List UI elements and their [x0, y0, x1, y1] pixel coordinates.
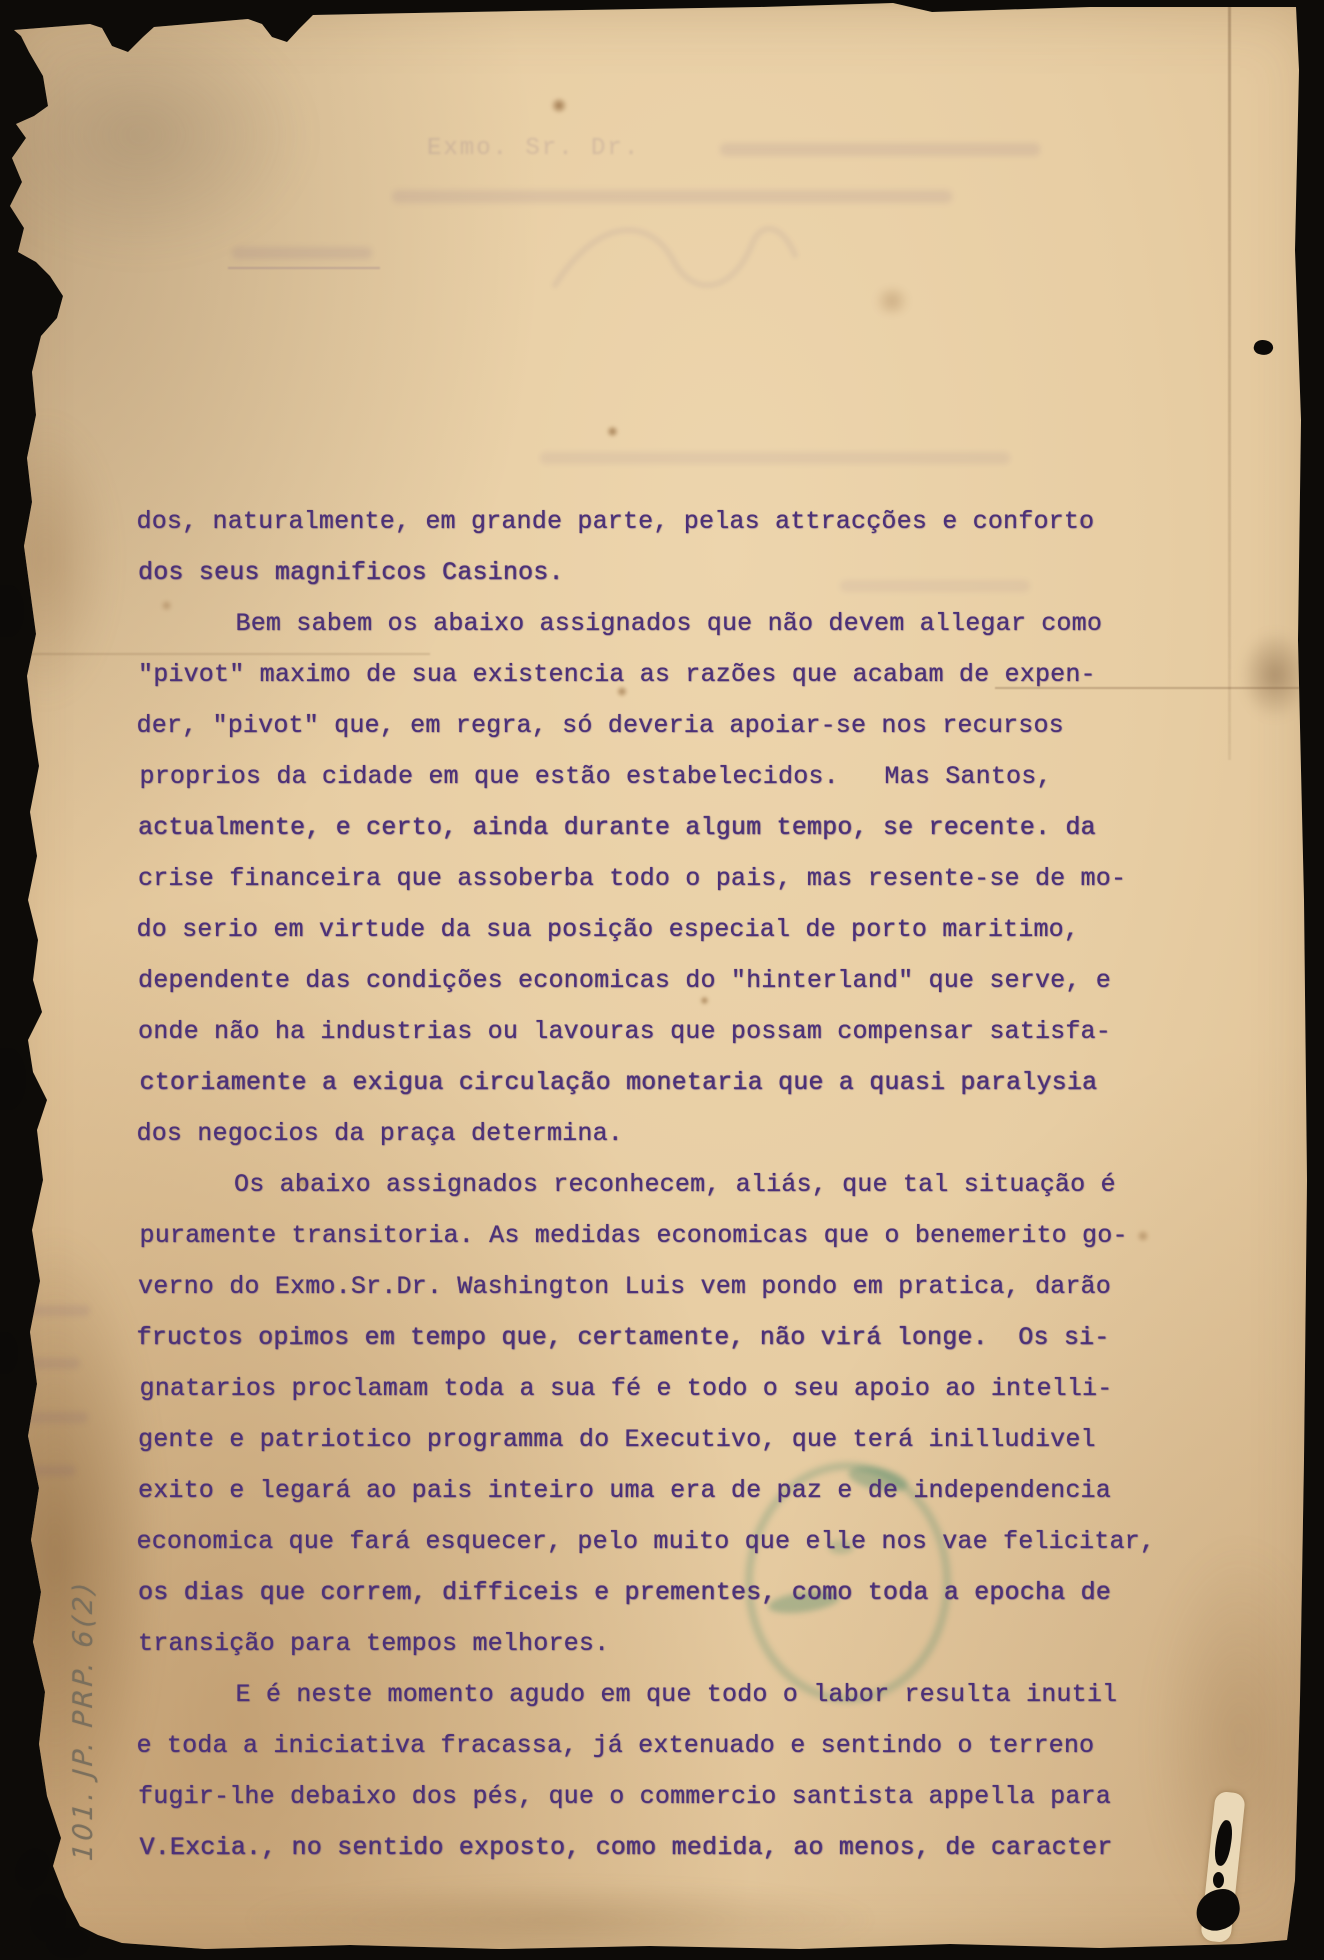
tear-hole — [10, 1844, 53, 1894]
ghost-smudge — [720, 143, 1040, 156]
typed-line: actualmente, e certo, ainda durante algu… — [138, 802, 1198, 853]
typed-line: V.Excia., no sentido exposto, como medid… — [140, 1822, 1200, 1873]
typed-line: Bem sabem os abaixo assignados que não d… — [140, 598, 1200, 649]
ghost-smudge — [6, 1465, 76, 1476]
ghost-smudge — [540, 452, 1010, 464]
edge-tear — [0, 585, 24, 637]
typed-line: fructos opimos em tempo que, certamente,… — [137, 1312, 1197, 1363]
ghost-smudge — [8, 1358, 80, 1369]
typed-line: economica que fará esquecer, pelo muito … — [137, 1516, 1197, 1567]
paper-stain — [250, 1885, 870, 1955]
typed-line: puramente transitoria. As medidas econom… — [140, 1210, 1200, 1261]
typed-line: exito e legará ao pais inteiro uma era d… — [138, 1465, 1198, 1516]
paper-sheet: Exmo. Sr. Dr. dos, naturalmente, em gran… — [0, 0, 1324, 1960]
typed-line: ctoriamente a exigua circulação monetari… — [140, 1057, 1200, 1108]
edge-tear — [0, 1048, 26, 1110]
typed-line: gnatarios proclamam toda a sua fé e todo… — [140, 1363, 1200, 1414]
typed-line: Os abaixo assignados reconhecem, aliás, … — [138, 1159, 1198, 1210]
fold-crease — [1228, 0, 1231, 760]
typed-text-block: dos, naturalmente, em grande parte, pela… — [138, 496, 1198, 1873]
paper-stain — [0, 10, 310, 260]
typed-line: E é neste momento agudo em que todo o la… — [140, 1669, 1200, 1720]
margin-annotation: 101. JP. PRP. 6(2) — [68, 1477, 104, 1862]
ghost-smudge — [392, 190, 952, 203]
ghost-smudge — [232, 247, 372, 259]
foxing-spot — [872, 288, 912, 314]
typed-line: der, "pivot" que, em regra, só deveria a… — [137, 700, 1197, 751]
ghost-bleedthrough-text: Exmo. Sr. Dr. — [427, 135, 640, 162]
ghost-smudge — [10, 1305, 90, 1316]
typed-line: crise financeira que assoberba todo o pa… — [138, 853, 1198, 904]
typed-line: do serio em virtude da sua posição espec… — [137, 904, 1197, 955]
typed-line: fugir-lhe debaixo dos pés, que o commerc… — [138, 1771, 1198, 1822]
ghost-handwriting-swirl — [545, 200, 805, 310]
typed-line: gente e patriotico programma do Executiv… — [138, 1414, 1198, 1465]
typed-line: dos negocios da praça determina. — [137, 1108, 1197, 1159]
typed-line: onde não ha industrias ou lavouras que p… — [138, 1006, 1198, 1057]
foxing-spot — [606, 426, 619, 437]
foxing-spot — [550, 98, 568, 113]
scanned-letter-page: { "page": { "title": "Scanned typewritte… — [0, 0, 1324, 1960]
typed-line: os dias que correm, difficeis e premente… — [138, 1567, 1198, 1618]
ghost-underline — [228, 267, 380, 269]
typed-line: dos, naturalmente, em grande parte, pela… — [137, 496, 1197, 547]
typed-line: "pivot" maximo de sua existencia as razõ… — [138, 649, 1198, 700]
typed-line: e toda a iniciativa fracassa, já extenua… — [137, 1720, 1197, 1771]
paper-stain — [0, 420, 110, 700]
typed-line: dos seus magnificos Casinos. — [138, 547, 1198, 598]
typed-line: dependente das condições economicas do "… — [138, 955, 1198, 1006]
typed-line: proprios da cidade em que estão estabele… — [140, 751, 1200, 802]
edge-tear — [0, 1332, 18, 1374]
tear-hole — [46, 1928, 90, 1958]
paper-stain — [1240, 630, 1310, 720]
typed-line: verno do Exmo.Sr.Dr. Washington Luis vem… — [138, 1261, 1198, 1312]
ghost-smudge — [12, 1412, 88, 1423]
tear-hole — [1213, 1872, 1224, 1888]
typed-line: transição para tempos melhores. — [138, 1618, 1198, 1669]
